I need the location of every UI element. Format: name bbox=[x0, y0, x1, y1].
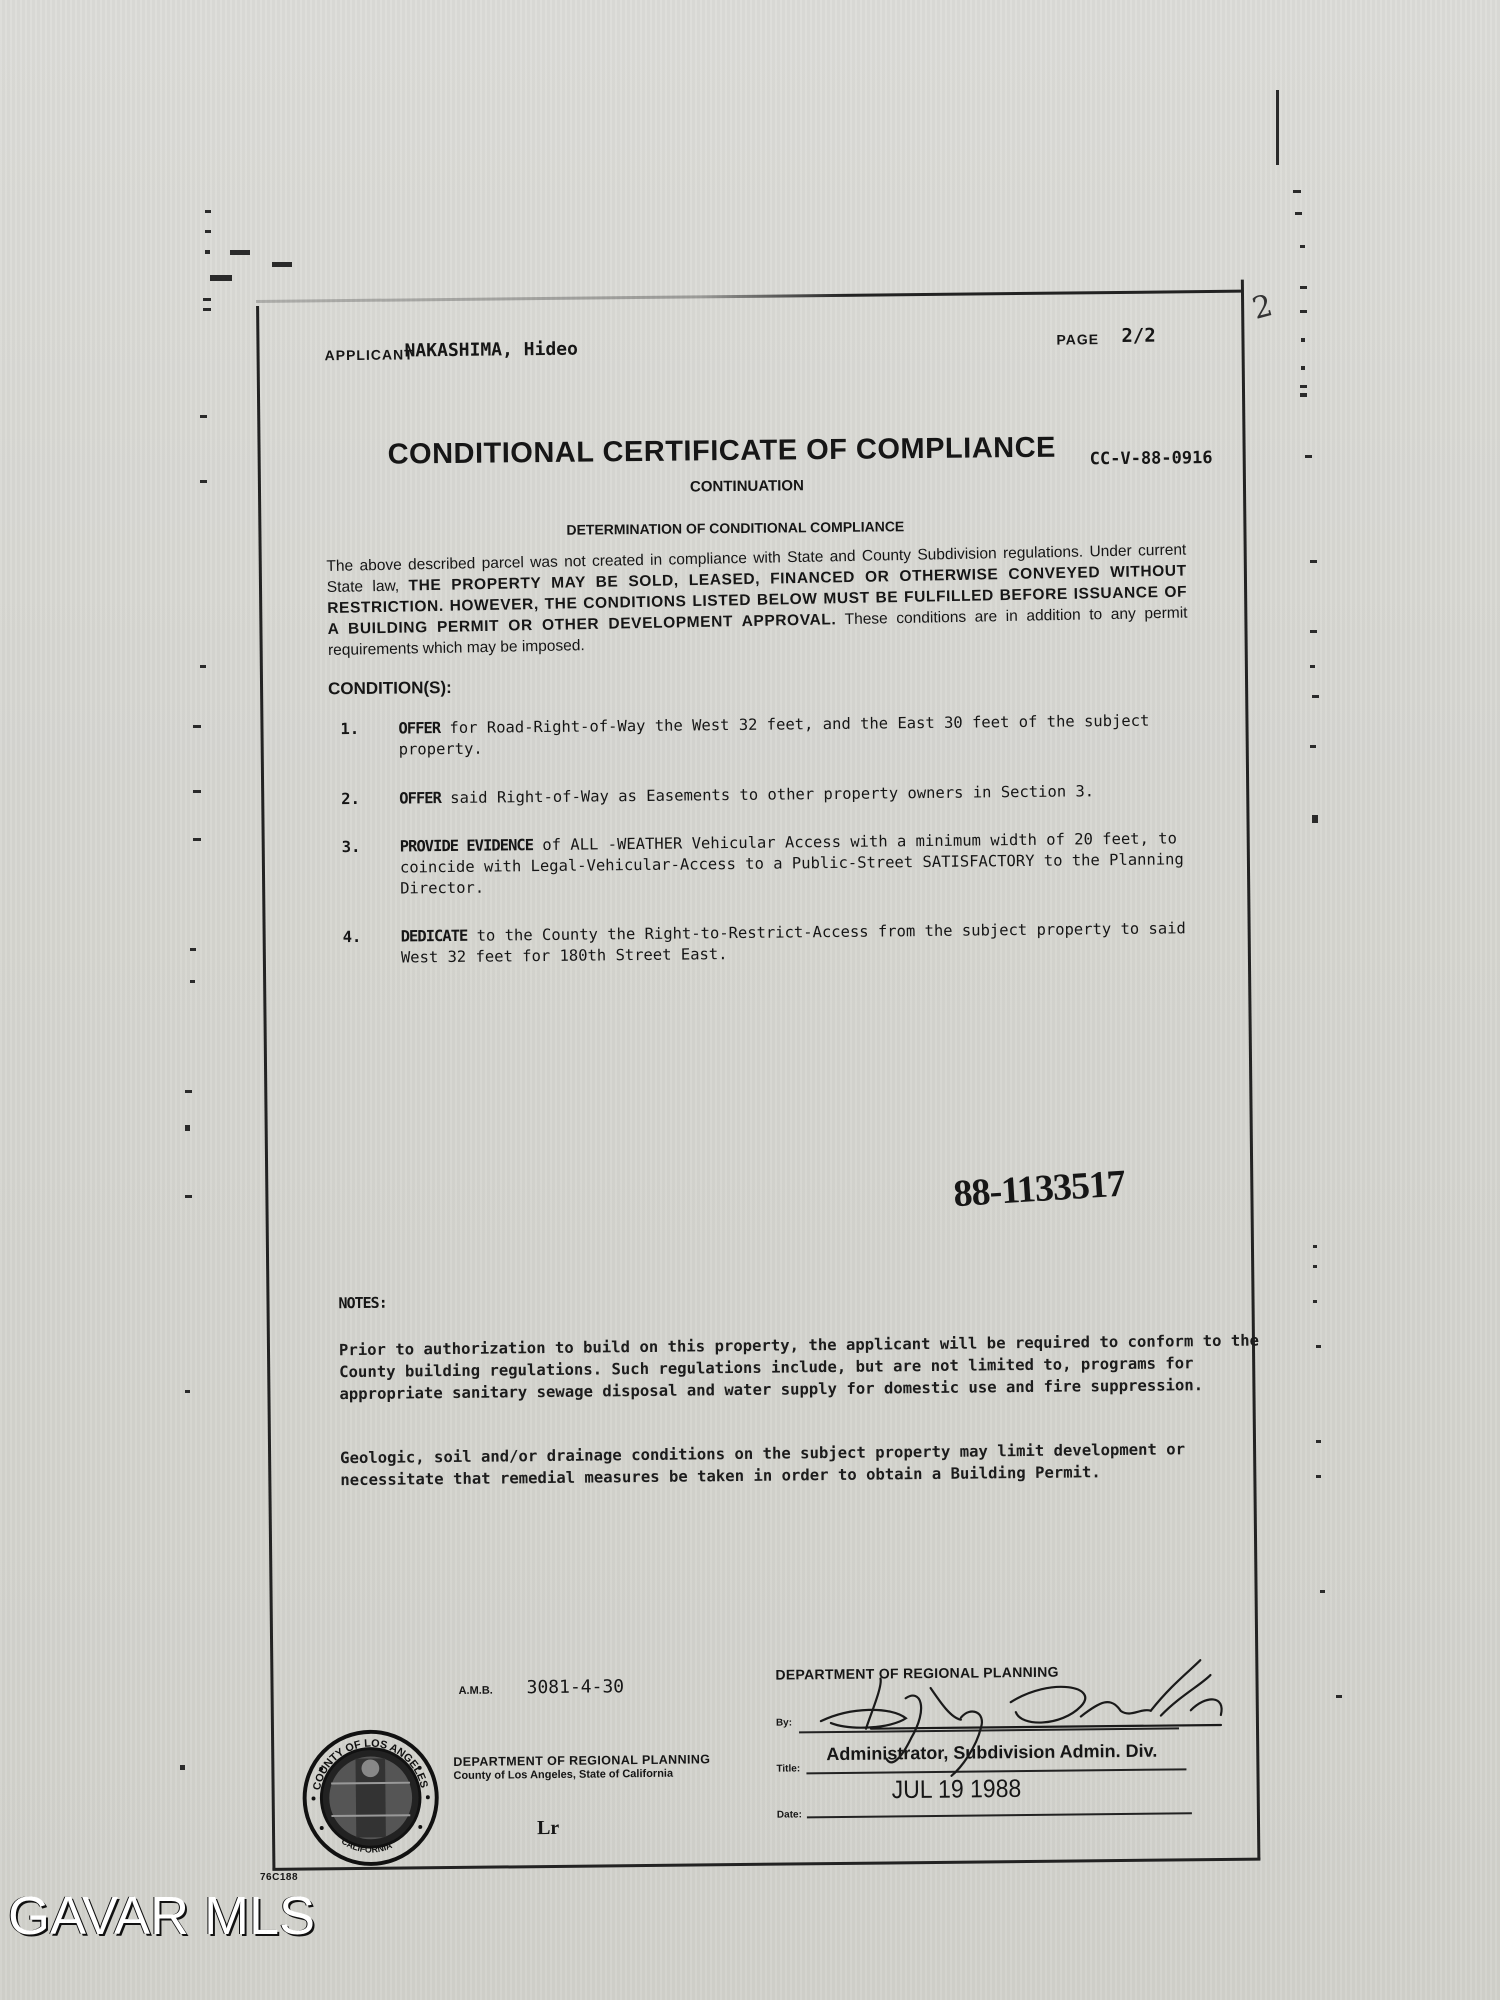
applicant-label: APPLICANT bbox=[324, 346, 413, 363]
condition-verb: OFFER bbox=[398, 719, 440, 737]
typist-initials: Lr bbox=[537, 1817, 559, 1840]
condition-number: 3. bbox=[342, 837, 361, 858]
date-label: Date: bbox=[777, 1809, 802, 1820]
document-title: CONDITIONAL CERTIFICATE OF COMPLIANCE bbox=[387, 432, 1056, 472]
frame-border-left bbox=[256, 306, 275, 1870]
condition-verb: OFFER bbox=[399, 789, 441, 807]
condition-text: said Right-of-Way as Easements to other … bbox=[441, 782, 1094, 807]
condition-number: 4. bbox=[343, 927, 362, 948]
amb-label: A.M.B. bbox=[459, 1685, 493, 1697]
condition-number: 2. bbox=[341, 789, 360, 810]
note-paragraph: Geologic, soil and/or drainage condition… bbox=[340, 1437, 1265, 1491]
condition-number: 1. bbox=[340, 719, 359, 740]
form-code: 76C188 bbox=[260, 1872, 298, 1883]
conditions-heading: CONDITION(S): bbox=[328, 678, 452, 699]
mls-watermark: GAVAR MLS bbox=[8, 1885, 315, 1947]
department-jurisdiction: County of Los Angeles, State of Californ… bbox=[453, 1768, 673, 1782]
county-seal-icon: COUNTY OF LOS ANGELES CALIFORNIA bbox=[301, 1728, 440, 1867]
by-label: By: bbox=[776, 1717, 792, 1728]
notes-heading: NOTES: bbox=[338, 1294, 386, 1313]
page-label: PAGE bbox=[1056, 331, 1099, 347]
case-number: CC-V-88-0916 bbox=[1090, 448, 1213, 469]
condition-verb: DEDICATE bbox=[401, 927, 468, 946]
date-line bbox=[807, 1812, 1192, 1818]
note-paragraph: Prior to authorization to build on this … bbox=[339, 1330, 1265, 1406]
amb-value: 3081-4-30 bbox=[526, 1676, 624, 1698]
condition-item: 4. DEDICATE to the County the Right-to-R… bbox=[343, 918, 1203, 927]
department-name: DEPARTMENT OF REGIONAL PLANNING bbox=[453, 1752, 710, 1769]
determination-paragraph: The above described parcel was not creat… bbox=[326, 540, 1188, 661]
applicant-name: NAKASHIMA, Hideo bbox=[404, 339, 578, 362]
condition-verb: PROVIDE EVIDENCE bbox=[400, 836, 533, 855]
condition-text: for Road-Right-of-Way the West 32 feet, … bbox=[399, 712, 1150, 759]
document-subtitle: CONTINUATION bbox=[690, 477, 804, 495]
condition-text: to the County the Right-to-Restrict-Acce… bbox=[401, 919, 1186, 966]
title-label: Title: bbox=[776, 1763, 800, 1774]
certificate-document: APPLICANT NAKASHIMA, Hideo PAGE 2/2 COND… bbox=[256, 289, 1277, 1869]
page-number: 2/2 bbox=[1121, 325, 1156, 347]
condition-item: 3. PROVIDE EVIDENCE of ALL -WEATHER Vehi… bbox=[342, 828, 1202, 837]
intro-text-caps: THE PROPERTY MAY BE SOLD, LEASED, FINANC… bbox=[327, 563, 1187, 638]
frame-border-right bbox=[1241, 280, 1261, 1860]
condition-item: 1. OFFER for Road-Right-of-Way the West … bbox=[340, 710, 1200, 719]
section-heading: DETERMINATION OF CONDITIONAL COMPLIANCE bbox=[566, 518, 904, 538]
signature-icon bbox=[810, 1655, 1261, 1790]
condition-item: 2. OFFER said Right-of-Way as Easements … bbox=[341, 780, 1201, 789]
recording-number-stamp: 88-1133517 bbox=[952, 1162, 1126, 1217]
frame-border-top bbox=[256, 290, 1241, 303]
